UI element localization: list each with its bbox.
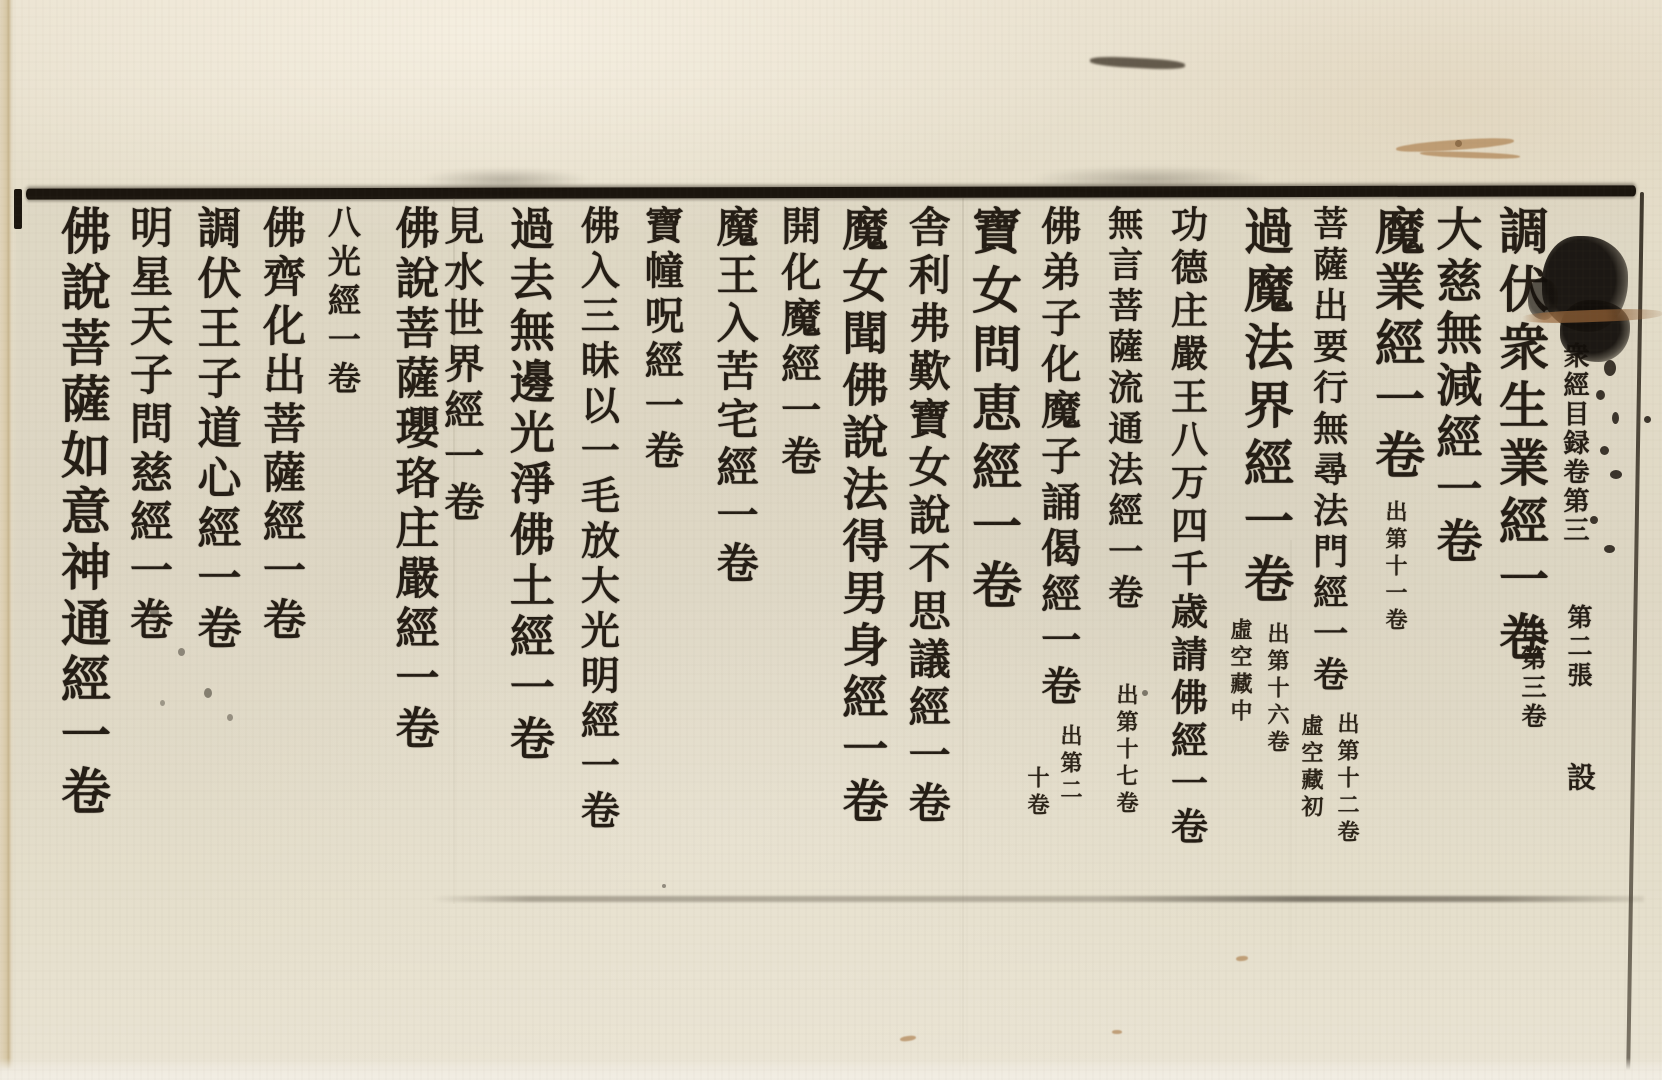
entry-source-note: 虛空藏初 (1296, 714, 1327, 822)
entry-source-note: 虛空藏中 (1225, 618, 1256, 726)
fold-crease (962, 198, 964, 1078)
ink-spatter (204, 688, 212, 698)
frame-bottom-border (432, 896, 1644, 902)
ink-speck (1596, 390, 1605, 400)
catalog-title: 衆經目録卷第三 (1556, 342, 1593, 545)
border-smudge (1030, 166, 1270, 192)
sutra-entry-title: 佛弟子化魔子誦偈經一卷 (1030, 205, 1087, 711)
sutra-entry-title: 寶幢呪經一卷 (633, 205, 689, 475)
sutra-entry-title: 開化魔經一卷 (770, 205, 827, 481)
ink-speck (930, 698, 935, 703)
dark-fiber (1090, 56, 1185, 71)
sutra-entry-title: 八光經一卷 (319, 205, 366, 400)
paper-left-edge (0, 0, 14, 1080)
sutra-entry-title: 魔業經一卷 (1360, 205, 1432, 485)
sutra-entry-title: 佛入三昧以一毛放大光明經一卷 (569, 205, 625, 835)
ink-speck (1600, 446, 1609, 455)
sutra-entry-title: 過去無邊光淨佛土經一卷 (496, 205, 561, 766)
sutra-entry-title: 無言菩薩流通法經一卷 (1098, 205, 1148, 615)
sutra-entry-title: 明星天子問慈經一卷 (118, 205, 179, 646)
ink-spatter (227, 714, 233, 721)
ink-speck (1590, 516, 1598, 524)
border-smudge (420, 168, 590, 192)
case-mark: 設 (1560, 762, 1601, 791)
fiber-stain (1420, 150, 1520, 159)
entry-source-note: 出第二 (1055, 724, 1086, 805)
sutra-entry-title: 舎利弗歎寶女說不思議經一卷 (897, 205, 957, 829)
ink-speck (1612, 412, 1619, 424)
sutra-entry-title: 魔王入苦宅經一卷 (705, 205, 765, 589)
brown-fleck (1112, 1030, 1122, 1034)
brown-fleck (900, 1035, 917, 1042)
ink-speck (1610, 470, 1622, 479)
ink-spatter (178, 648, 185, 656)
ink-speck (662, 884, 666, 888)
sutra-entry-title: 佛齊化出菩薩經一卷 (251, 205, 312, 646)
ink-speck (1644, 416, 1651, 423)
sutra-entry-title: 魔女聞佛說法得男身經一卷 (829, 205, 895, 829)
entry-source-note: 十卷 (1022, 766, 1053, 820)
ink-spatter (160, 700, 165, 706)
ink-speck (1142, 690, 1148, 696)
sutra-entry-title: 菩薩出要行無尋法門經一卷 (1303, 205, 1353, 697)
sutra-entry-title: 功德庄嚴王八万四千歳請佛經一卷 (1160, 205, 1214, 850)
frame-top-border (26, 185, 1636, 199)
entry-source-note: 出第十一卷 (1380, 500, 1411, 635)
entry-source-note: 出第十六卷 (1262, 622, 1293, 757)
sutra-entry-title: 佛說菩薩瓔珞庄嚴經一卷 (380, 205, 444, 755)
sutra-entry-title: 大慈無減經一卷 (1423, 205, 1489, 569)
ink-spatter (150, 606, 159, 618)
sutra-entry-title: 寶女問恵經一卷 (957, 205, 1029, 618)
sheet-number: 第二張 (1560, 604, 1596, 691)
fold-crease (1290, 540, 1292, 960)
manuscript-page: 衆經目録卷第三 第二張 出第三卷 設 調伏衆生業經一卷大慈無減經一卷魔業經一卷出… (0, 0, 1662, 1080)
sutra-entry-title: 調伏王子道心經一卷 (182, 205, 246, 655)
frame-left-corner (14, 189, 22, 229)
ink-speck (1604, 360, 1616, 376)
brown-fleck (1236, 955, 1248, 961)
paper-bottom-edge (0, 1058, 1662, 1080)
entry-source-note: 出第十二卷 (1332, 712, 1363, 847)
sutra-entry-title: 佛說菩薩如意神通經一卷 (46, 205, 118, 821)
fold-crease (453, 198, 455, 904)
ink-speck (1604, 545, 1615, 553)
entry-source-note: 出第十七卷 (1111, 683, 1142, 818)
